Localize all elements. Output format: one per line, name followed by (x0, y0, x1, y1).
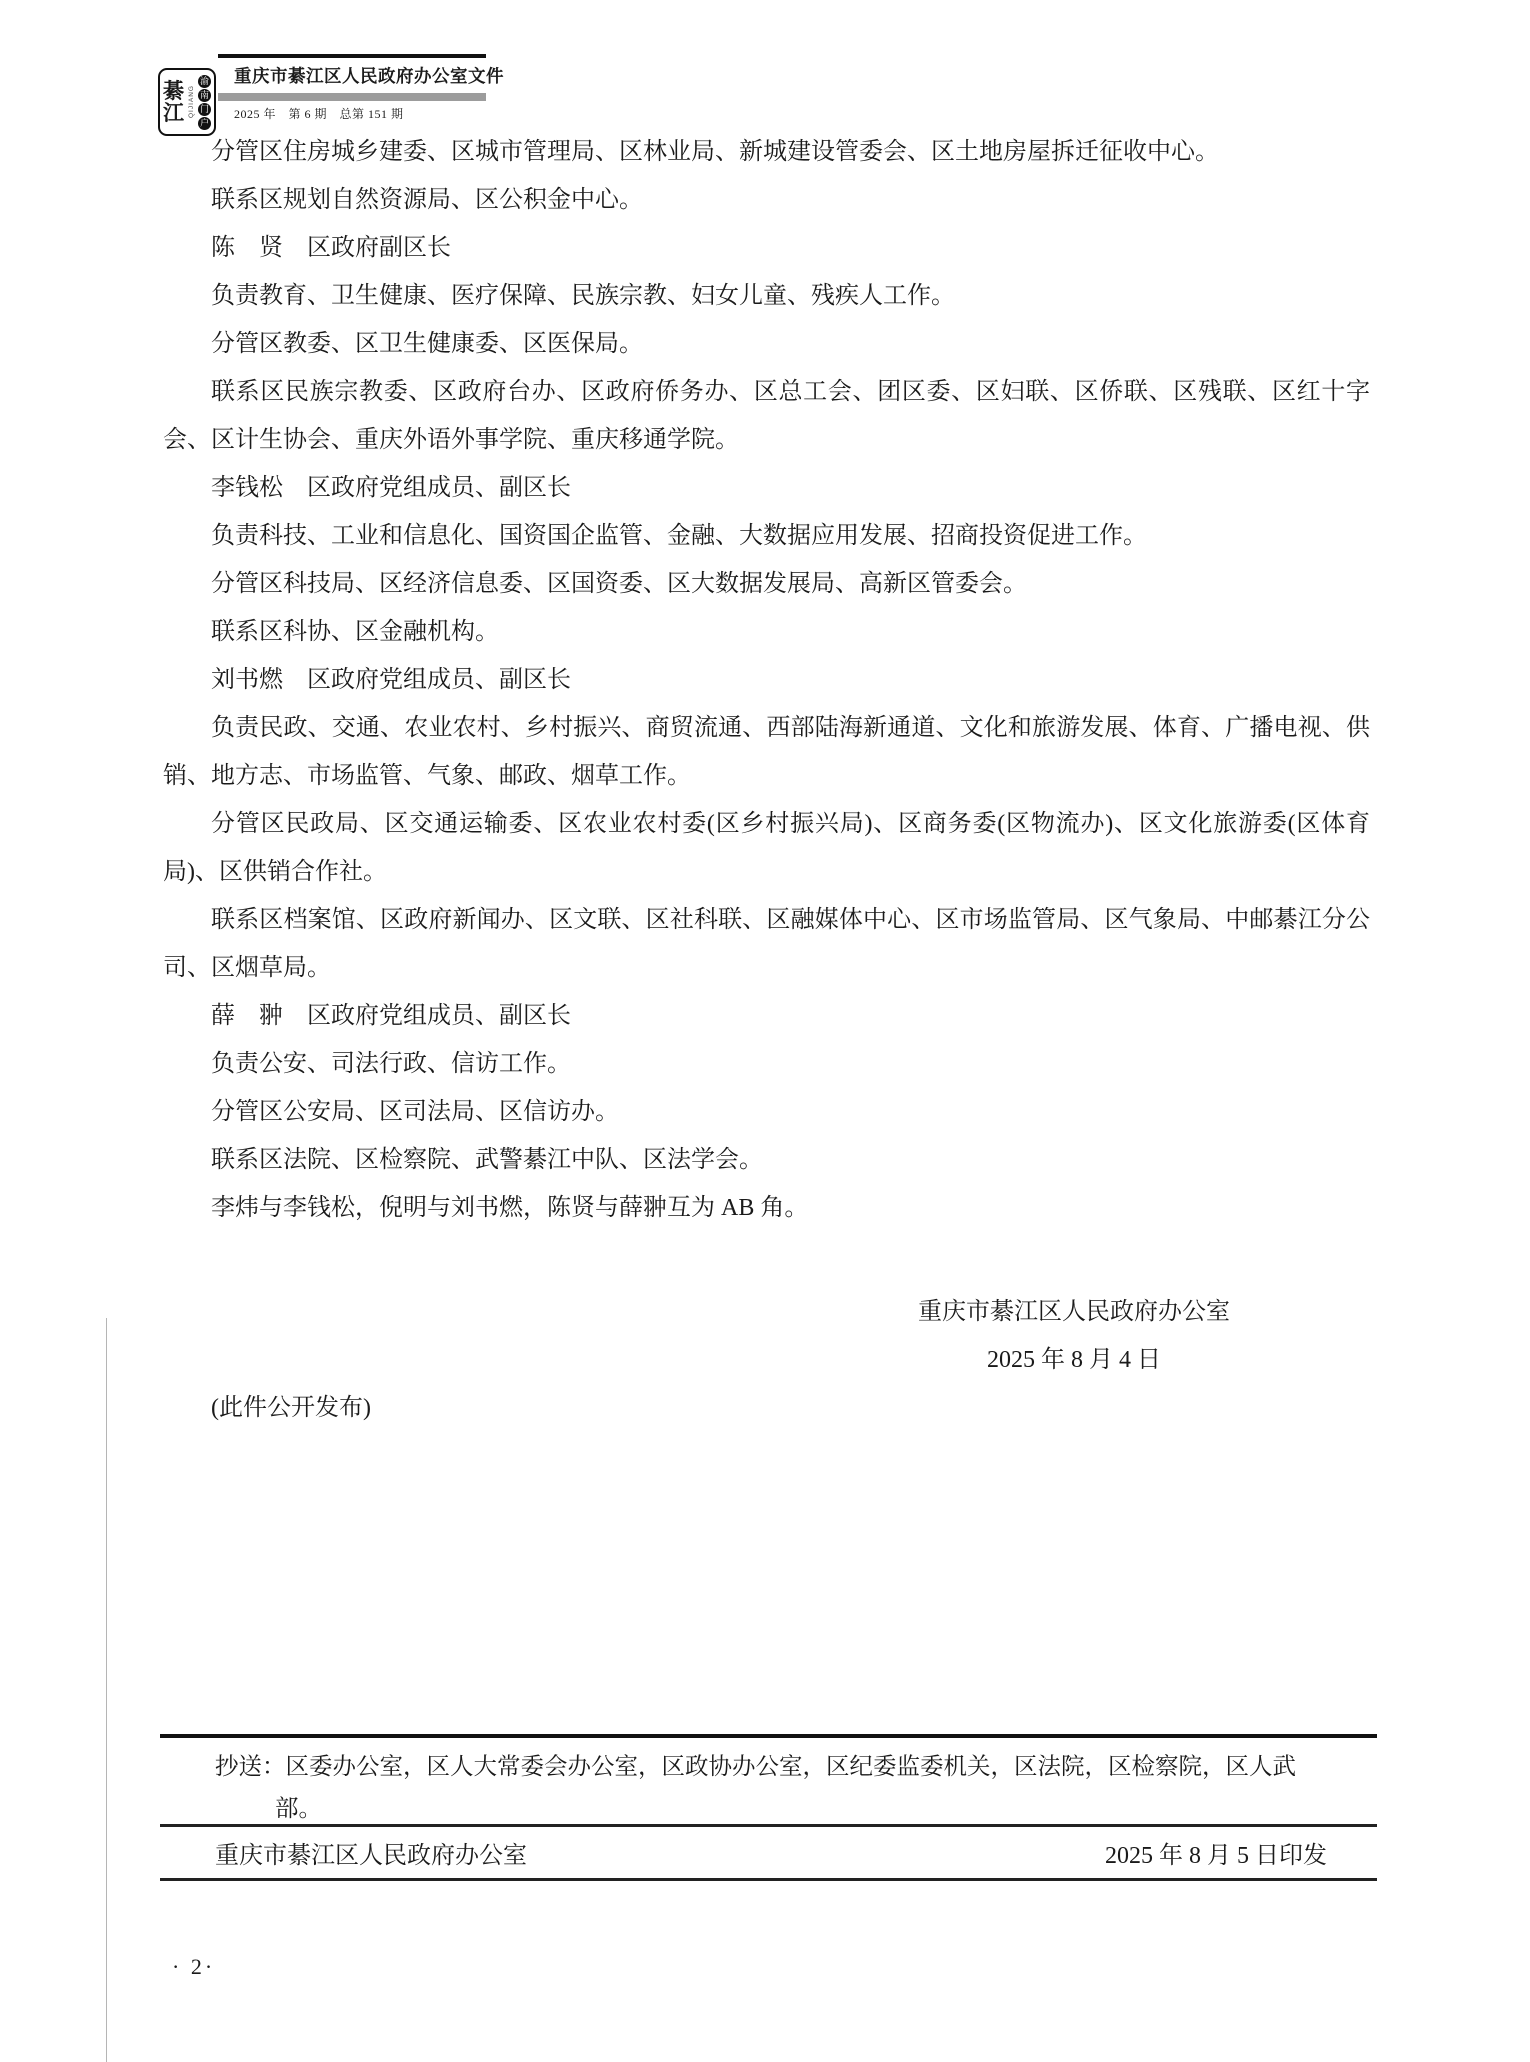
footer-thin-rule-top (160, 1824, 1377, 1827)
body-paragraph: 分管区公安局、区司法局、区信访办。 (163, 1088, 1370, 1136)
document-page: 綦 江 QIJIANG 渝 南 门 户 重庆市綦江区人民政府办公室文件 2025… (0, 0, 1530, 2062)
body-paragraph: 分管区住房城乡建委、区城市管理局、区林业局、新城建设管委会、区土地房屋拆迁征收中… (163, 128, 1370, 176)
imprint-row: 重庆市綦江区人民政府办公室 2025 年 8 月 5 日印发 (160, 1830, 1377, 1874)
signature-org: 重庆市綦江区人民政府办公室 (858, 1288, 1290, 1336)
body-paragraph: 负责民政、交通、农业农村、乡村振兴、商贸流通、西部陆海新通道、文化和旅游发展、体… (163, 704, 1370, 800)
badge-name-char-bottom: 江 (163, 102, 184, 124)
document-body: 分管区住房城乡建委、区城市管理局、区林业局、新城建设管委会、区土地房屋拆迁征收中… (163, 128, 1370, 1232)
badge-pinyin-text: QIJIANG (188, 85, 195, 118)
body-paragraph: 分管区教委、区卫生健康委、区医保局。 (163, 320, 1370, 368)
body-paragraph: 刘书燃 区政府党组成员、副区长 (163, 656, 1370, 704)
masthead-gray-bar (218, 93, 486, 101)
body-paragraph: 联系区规划自然资源局、区公积金中心。 (163, 176, 1370, 224)
masthead: 重庆市綦江区人民政府办公室文件 2025 年 第 6 期 总第 151 期 (218, 54, 486, 122)
seal-icon: 渝 (198, 75, 211, 88)
document-org-title: 重庆市綦江区人民政府办公室文件 (234, 63, 486, 88)
signature-date: 2025 年 8 月 4 日 (858, 1336, 1290, 1384)
footer-thin-rule-bottom (160, 1878, 1377, 1881)
body-paragraph: 联系区民族宗教委、区政府台办、区政府侨务办、区总工会、团区委、区妇联、区侨联、区… (163, 368, 1370, 464)
badge-name-char-top: 綦 (163, 80, 184, 102)
body-paragraph: 分管区民政局、区交通运输委、区农业农村委(区乡村振兴局)、区商务委(区物流办)、… (163, 800, 1370, 896)
footer-thick-rule (160, 1734, 1377, 1738)
body-paragraph: 负责公安、司法行政、信访工作。 (163, 1040, 1370, 1088)
body-paragraph: 负责教育、卫生健康、医疗保障、民族宗教、妇女儿童、残疾人工作。 (163, 272, 1370, 320)
issue-number-line: 2025 年 第 6 期 总第 151 期 (234, 105, 486, 122)
badge-name-vertical: 綦 江 (163, 80, 184, 124)
public-release-note: (此件公开发布) (163, 1384, 1370, 1432)
body-paragraph: 李钱松 区政府党组成员、副区长 (163, 464, 1370, 512)
page-number: · 2· (172, 1954, 215, 1980)
signature-block: 重庆市綦江区人民政府办公室 2025 年 8 月 4 日 (858, 1288, 1290, 1384)
body-paragraph: 联系区档案馆、区政府新闻办、区文联、区社科联、区融媒体中心、区市场监管局、区气象… (163, 896, 1370, 992)
badge-seal-column: 渝 南 门 户 (198, 75, 211, 130)
seal-icon: 门 (198, 103, 211, 116)
imprint-org: 重庆市綦江区人民政府办公室 (215, 1835, 527, 1870)
body-paragraph: 李炜与李钱松，倪明与刘书燃，陈贤与薛翀互为 AB 角。 (163, 1184, 1370, 1232)
body-paragraph: 薛 翀 区政府党组成员、副区长 (163, 992, 1370, 1040)
seal-icon: 南 (198, 89, 211, 102)
cc-distribution-line: 抄送：区委办公室，区人大常委会办公室，区政协办公室，区纪委监委机关，区法院，区检… (215, 1746, 1327, 1830)
qijiang-badge-logo: 綦 江 QIJIANG 渝 南 门 户 (158, 68, 216, 136)
body-paragraph: 陈 贤 区政府副区长 (163, 224, 1370, 272)
masthead-top-rule (218, 54, 486, 58)
imprint-date: 2025 年 8 月 5 日印发 (1105, 1835, 1327, 1870)
body-paragraph: 联系区法院、区检察院、武警綦江中队、区法学会。 (163, 1136, 1370, 1184)
body-paragraph: 负责科技、工业和信息化、国资国企监管、金融、大数据应用发展、招商投资促进工作。 (163, 512, 1370, 560)
scan-edge-line (106, 1318, 107, 2062)
body-paragraph: 联系区科协、区金融机构。 (163, 608, 1370, 656)
body-paragraph: 分管区科技局、区经济信息委、区国资委、区大数据发展局、高新区管委会。 (163, 560, 1370, 608)
